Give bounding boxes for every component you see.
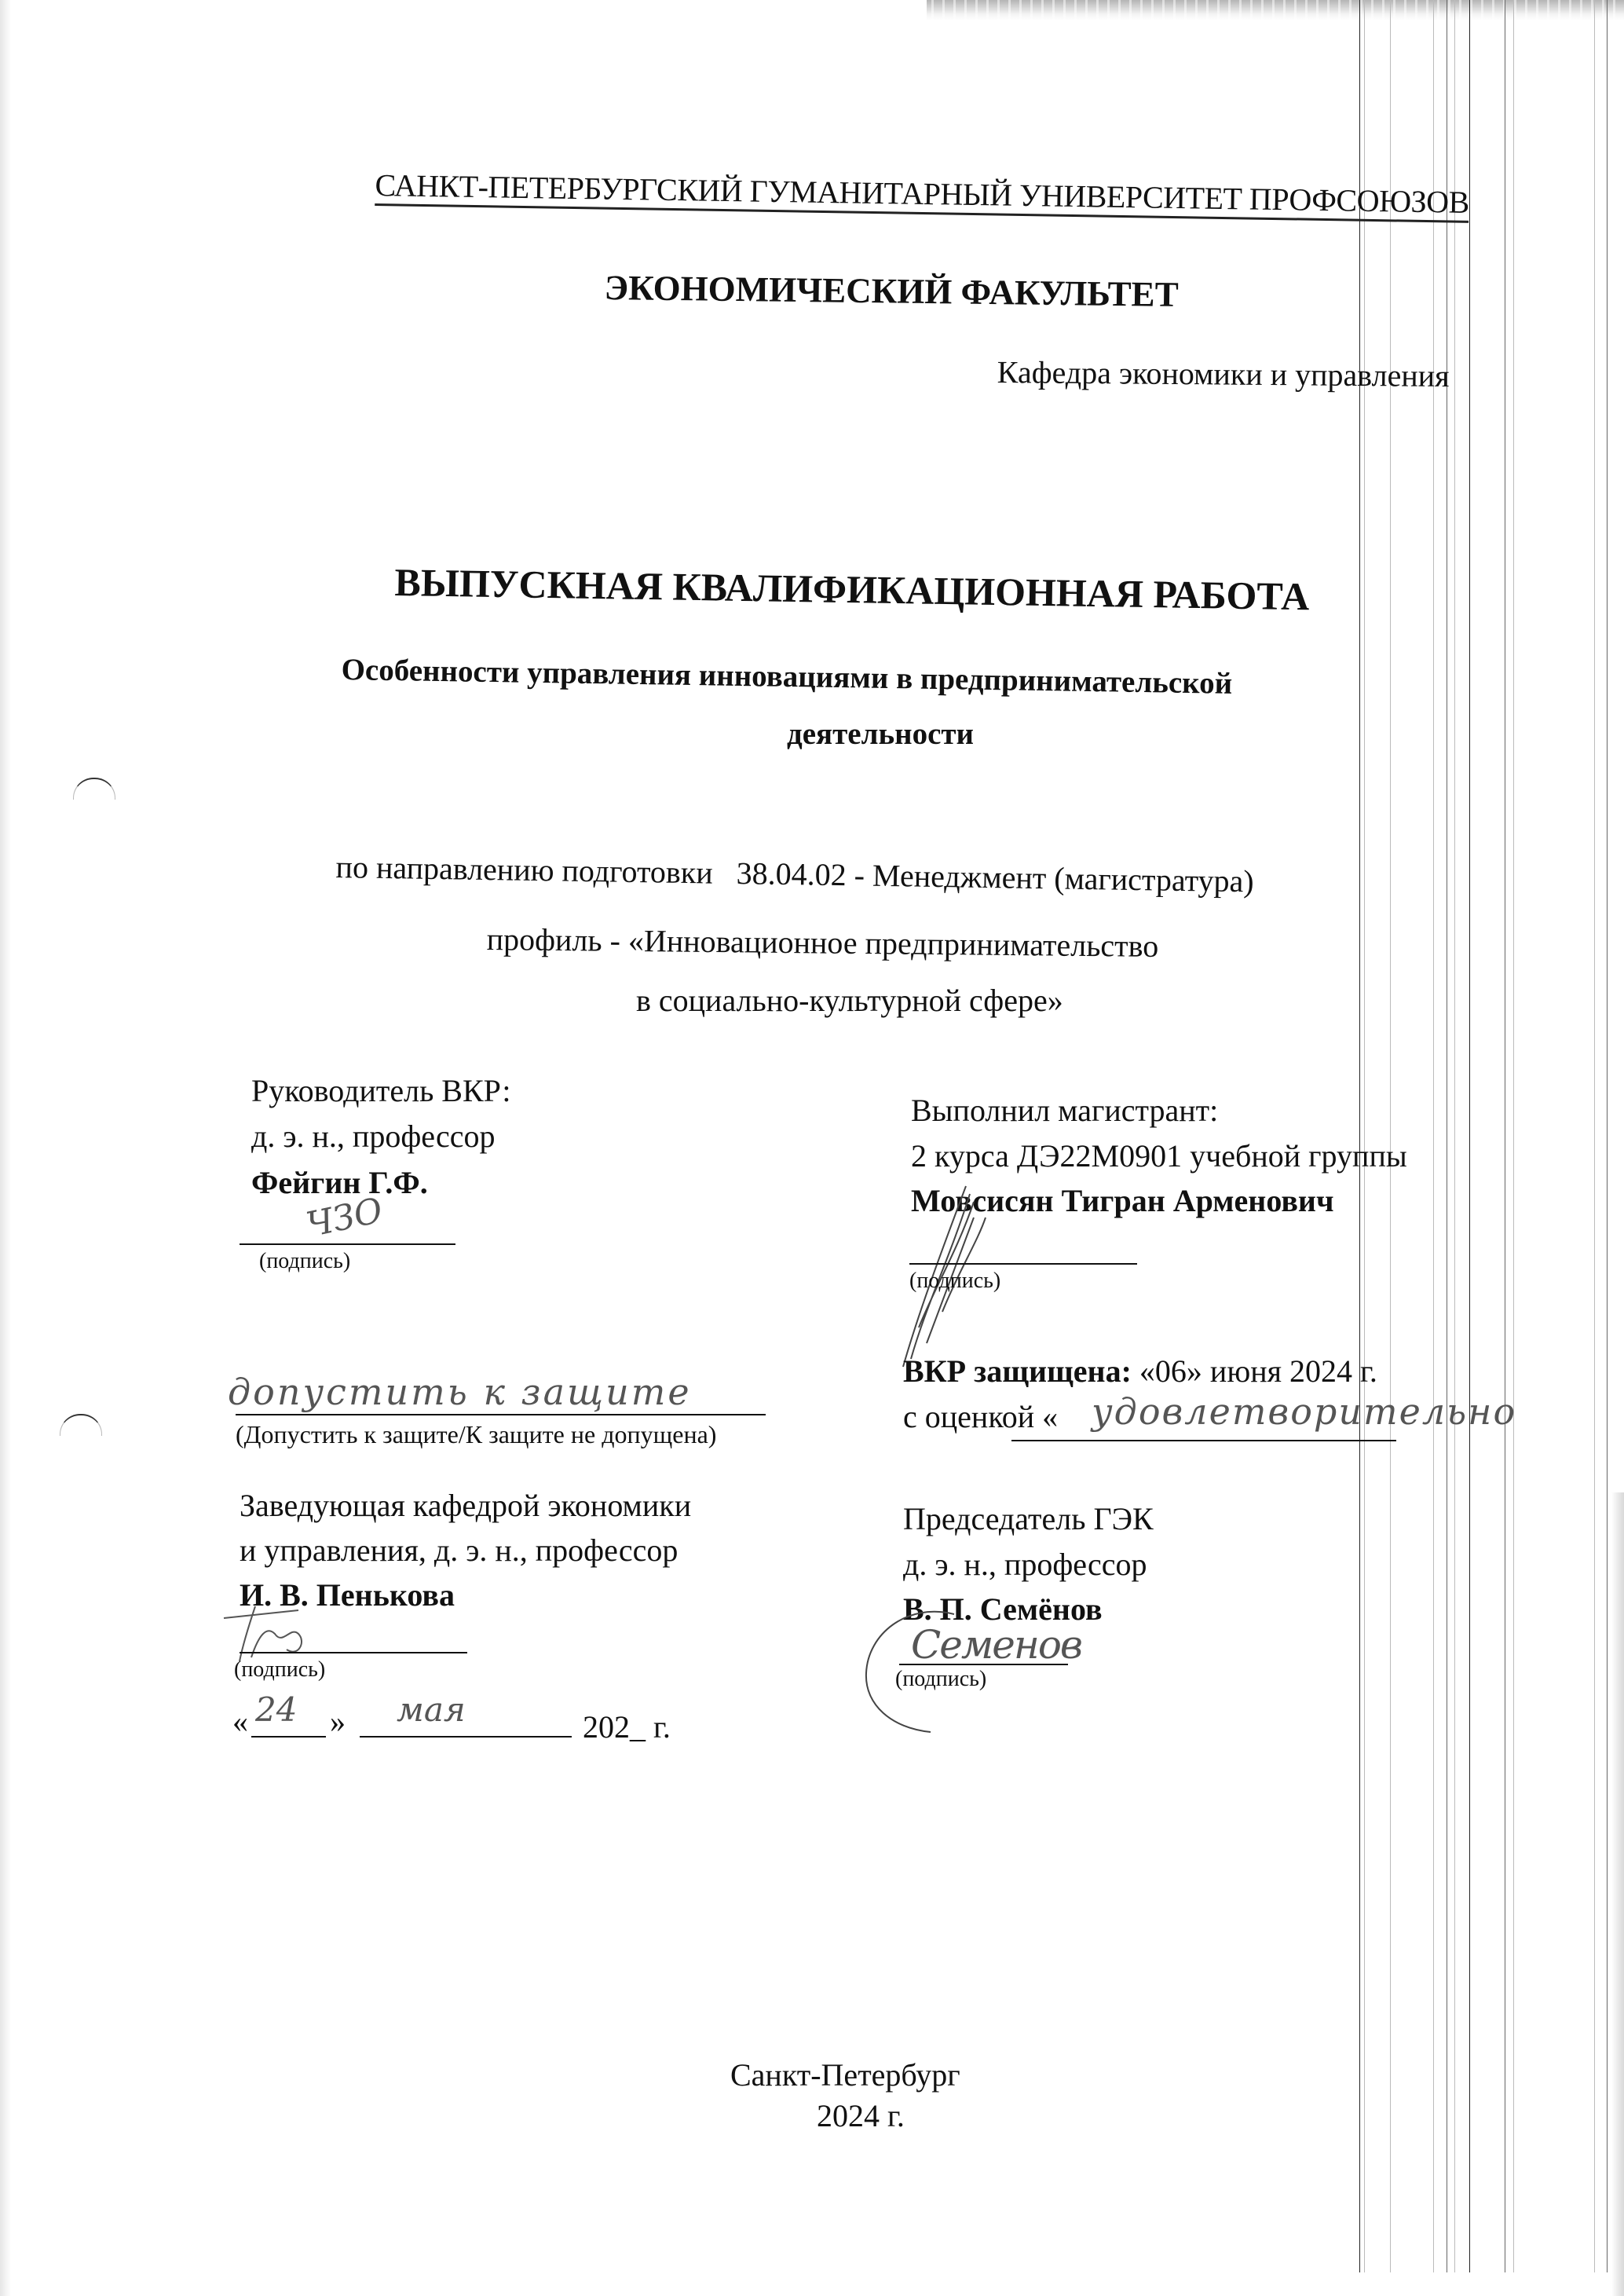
head-date-month: мая (397, 1690, 466, 1729)
supervisor-name: Фейгин Г.Ф. (251, 1164, 428, 1201)
head-signature (220, 1602, 314, 1665)
head-date-month-line (360, 1736, 572, 1738)
head-date-open-quote: « (232, 1703, 248, 1740)
scan-edge-shadow-left (0, 0, 11, 2296)
scan-line-artifact (1607, 0, 1608, 2272)
supervisor-degree: д. э. н., профессор (251, 1118, 496, 1155)
thesis-topic-line-1: Особенности управления инновациями в пре… (341, 652, 1232, 701)
footer-city: Санкт-Петербург (730, 2056, 960, 2093)
admission-caption: (Допустить к защите/К защите не допущена… (236, 1420, 716, 1449)
scan-line-artifact (1364, 0, 1365, 2272)
scan-line-artifact (1513, 0, 1514, 2272)
supervisor-signature-caption: (подпись) (259, 1249, 350, 1274)
defense-date-line: ВКР защищена: «06» июня 2024 г. (903, 1353, 1377, 1390)
chair-signature: Семенов (911, 1622, 1081, 1668)
document-type-title: ВЫПУСКНАЯ КВАЛИФИКАЦИОННАЯ РАБОТА (394, 559, 1310, 619)
thesis-topic-line-2: деятельности (787, 716, 974, 752)
scan-line-artifact (1447, 0, 1447, 2272)
head-role-line-2: и управления, д. э. н., профессор (240, 1532, 678, 1569)
scan-line-artifact (1359, 0, 1360, 2272)
defense-grade-prefix: с оценкой « (903, 1398, 1058, 1435)
scan-line-artifact (1505, 0, 1505, 2272)
study-profile-line-2: в социально-культурной сфере» (636, 982, 1063, 1019)
head-date-day: 24 (255, 1690, 297, 1729)
study-direction: по направлению подготовки 38.04.02 - Мен… (335, 848, 1254, 899)
chair-role: Председатель ГЭК (903, 1500, 1154, 1537)
supervisor-signature-line (240, 1243, 455, 1245)
chair-signature-caption: (подпись) (895, 1667, 986, 1692)
hole-punch-mark (73, 778, 115, 800)
scan-artifact-top-strip (927, 0, 1624, 20)
head-date-day-line (251, 1736, 326, 1738)
hole-punch-mark (60, 1414, 102, 1436)
supervisor-role: Руководитель ВКР: (251, 1072, 511, 1109)
department-name: Кафедра экономики и управления (997, 353, 1450, 394)
head-signature-caption: (подпись) (234, 1657, 325, 1683)
chair-signature-line (899, 1664, 1068, 1665)
admission-handwritten-decision: допустить к защите (228, 1371, 692, 1413)
student-signature-line (909, 1263, 1137, 1265)
student-role: Выполнил магистрант: (911, 1092, 1218, 1129)
footer-year: 2024 г. (817, 2097, 905, 2134)
chair-degree: д. э. н., профессор (903, 1546, 1147, 1583)
student-group: 2 курса ДЭ22М0901 учебной группы (911, 1137, 1407, 1174)
scan-line-artifact (1390, 0, 1391, 2272)
study-profile-line-1: профиль - «Инновационное предприниматель… (487, 921, 1159, 965)
university-name: САНКТ-ПЕТЕРБУРГСКИЙ ГУМАНИТАРНЫЙ УНИВЕРС… (375, 167, 1469, 223)
head-date-close-quote: » (330, 1703, 346, 1740)
faculty-name: ЭКОНОМИЧЕСКИЙ ФАКУЛЬТЕТ (604, 267, 1179, 315)
student-signature-caption: (подпись) (909, 1269, 1000, 1294)
defense-grade-line (1011, 1440, 1396, 1441)
head-date-year: 202_ г. (583, 1708, 671, 1745)
defense-grade-handwritten: удовлетворительно (1092, 1390, 1516, 1433)
scan-edge-shadow-right (1611, 1492, 1624, 2296)
scan-line-artifact (1469, 0, 1470, 2272)
head-role-line-1: Заведующая кафедрой экономики (240, 1487, 691, 1524)
head-signature-line (240, 1652, 467, 1653)
scan-line-artifact (1594, 0, 1595, 2272)
scanned-title-page: САНКТ-ПЕТЕРБУРГСКИЙ ГУМАНИТАРНЫЙ УНИВЕРС… (0, 0, 1624, 2296)
scan-line-artifact (1454, 0, 1455, 2272)
defense-date: «06» июня 2024 г. (1139, 1353, 1377, 1389)
scan-line-artifact (1433, 0, 1434, 2272)
admission-line (236, 1414, 766, 1415)
defense-label: ВКР защищена: (903, 1353, 1132, 1389)
